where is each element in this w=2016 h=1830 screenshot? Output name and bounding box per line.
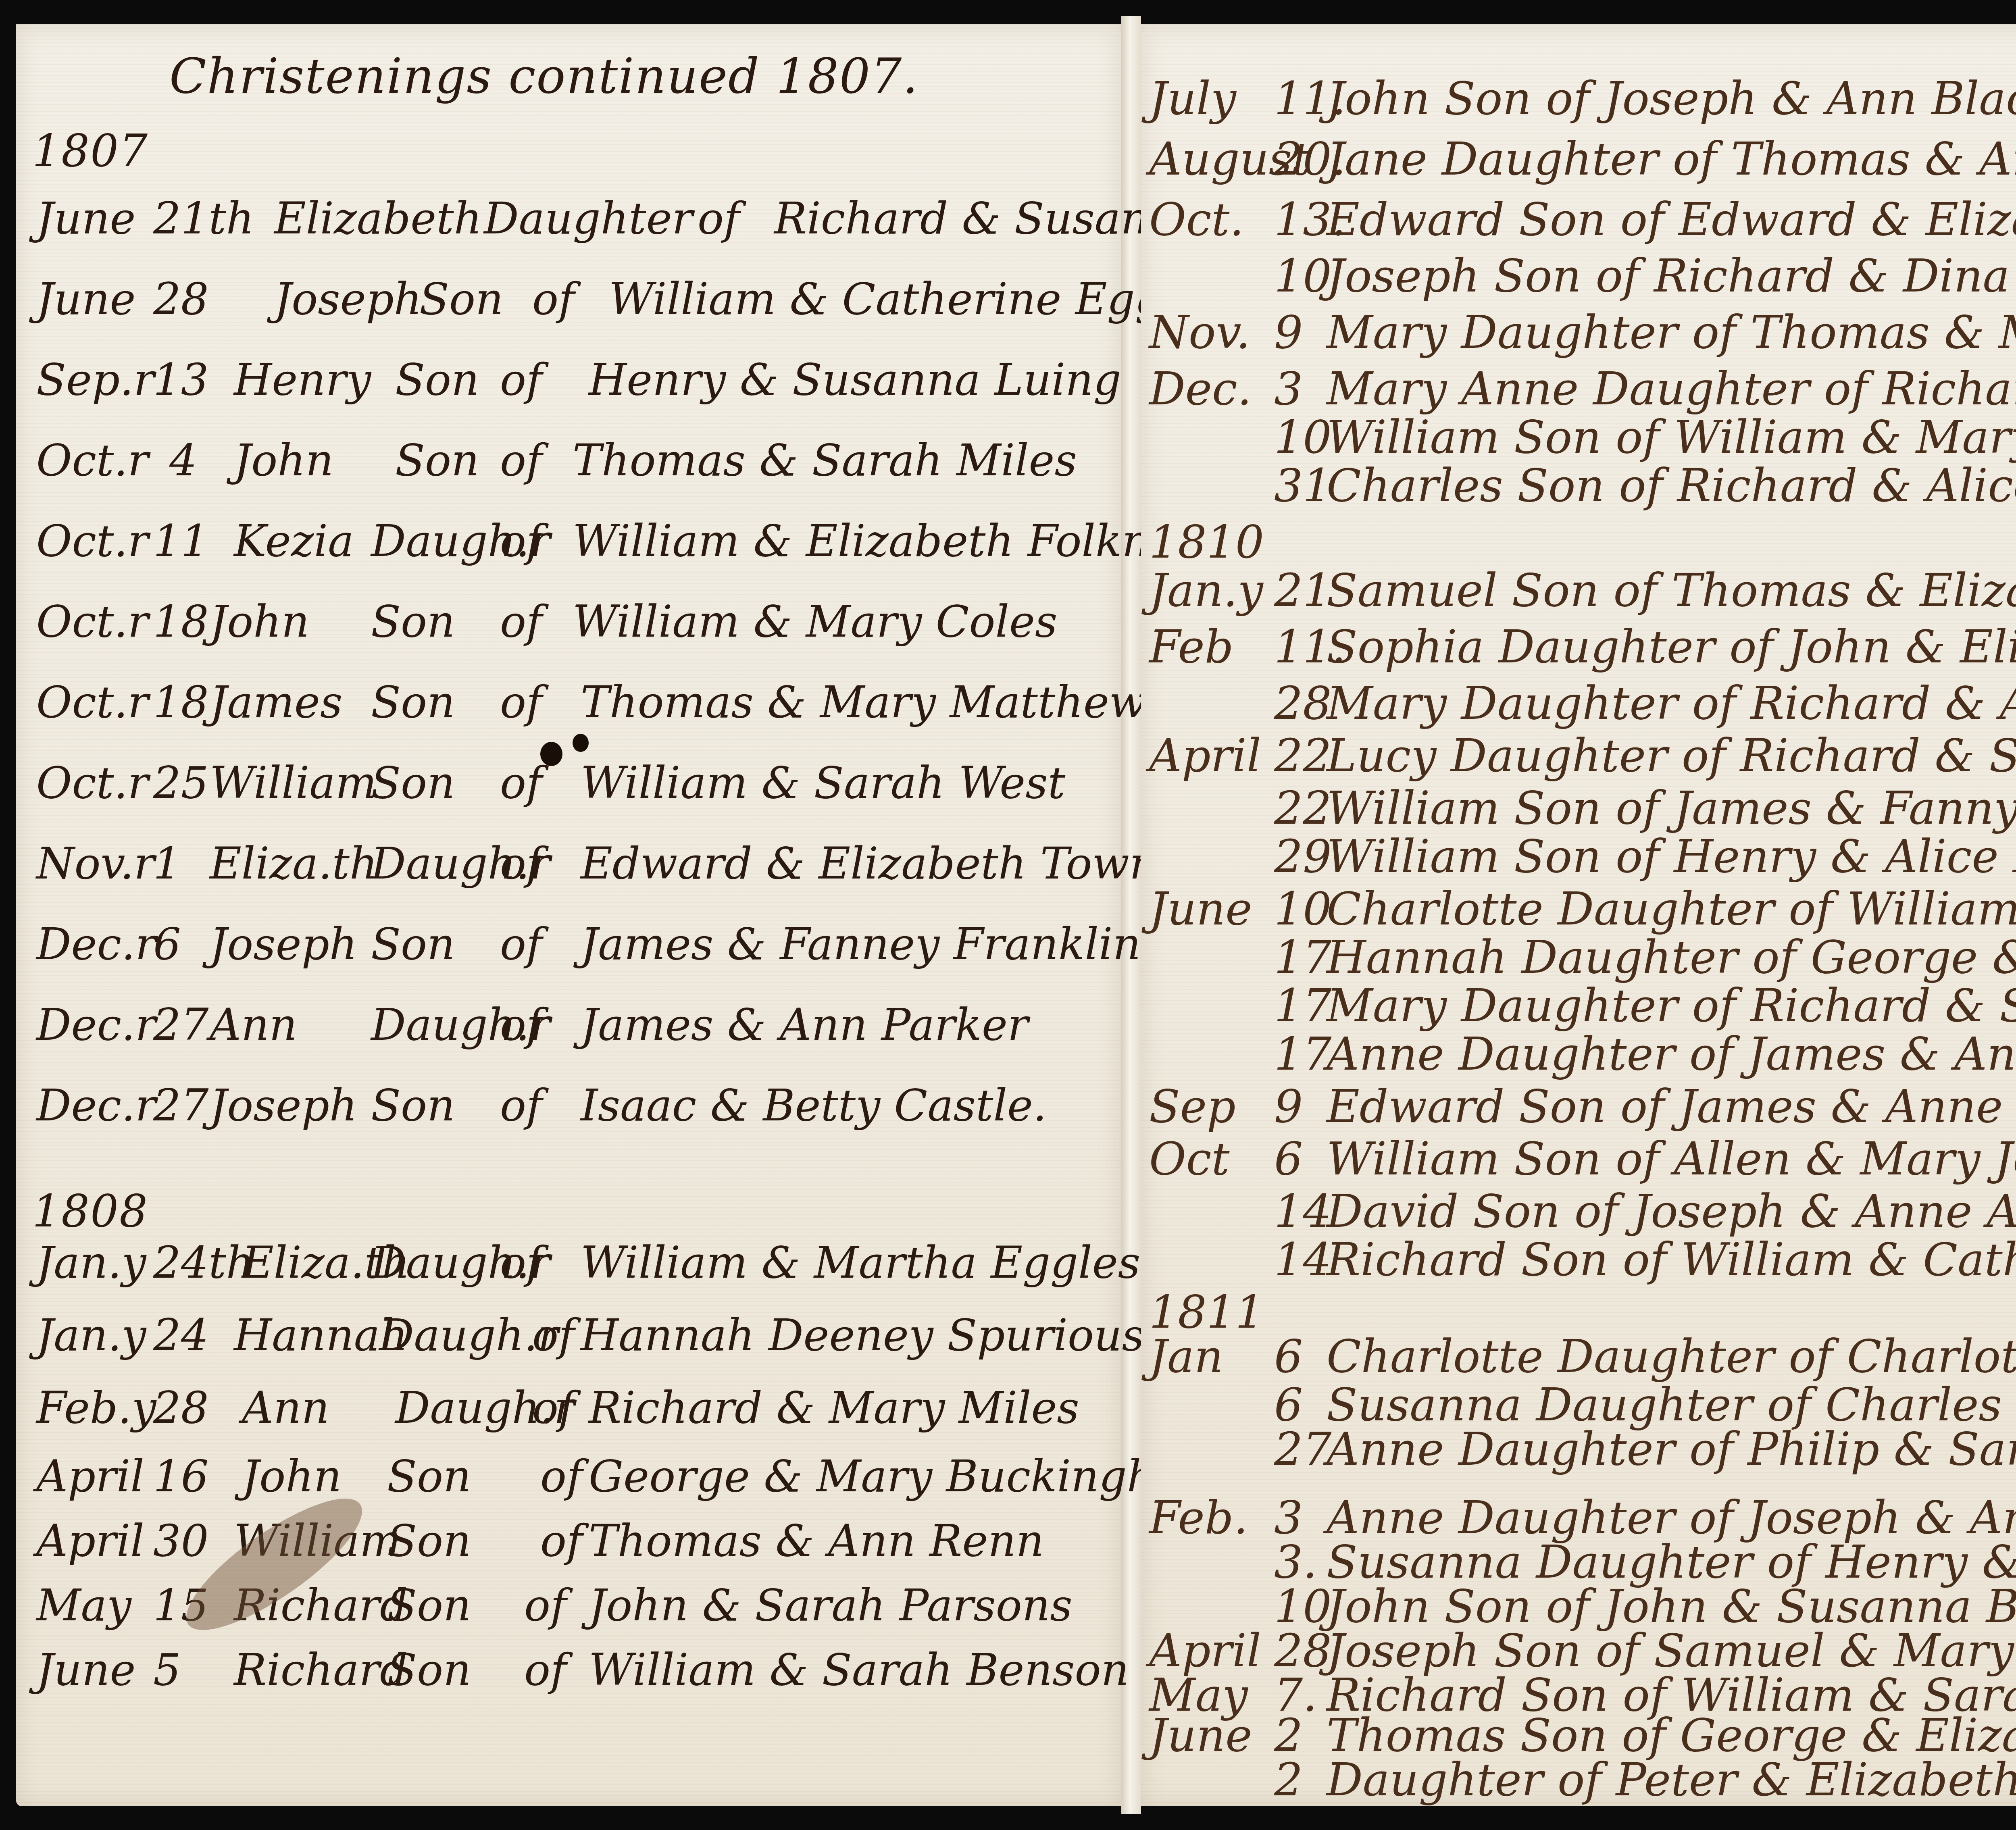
entry-relation: Daughter (484, 194, 693, 244)
entry-of: of (500, 1081, 542, 1131)
entry-day: 10 (1274, 250, 1332, 302)
entry-relation: Son (387, 1516, 471, 1566)
entry-name: John (210, 597, 309, 647)
entry-day: 9 (1274, 306, 1303, 359)
entry-relation: Son (387, 1451, 471, 1502)
entry-month: June (36, 274, 135, 325)
entry-parents: John & Sarah Parsons (589, 1580, 1073, 1631)
entry-text: Sophia Daughter of John & Elizabeth Mole… (1327, 621, 2016, 673)
entry-day: 28 (153, 274, 208, 325)
entry-day: 27 (1274, 1423, 1332, 1476)
entry-of: of (500, 435, 542, 486)
entry-month: May (36, 1580, 131, 1631)
page-heading: Christenings continued 1807. (169, 48, 919, 104)
entry-name: Ann (242, 1383, 329, 1433)
register-entry: June 28 Joseph Son of William & Catherin… (16, 274, 1121, 355)
entry-text: Anne Daughter of Philip & Sarah Nelder (1327, 1423, 2016, 1476)
entry-day: 17 (1274, 931, 1332, 984)
register-entry: Dec.r 6 Joseph Son of James & Fanney Fra… (16, 919, 1121, 1000)
entry-relation: Son (371, 1081, 455, 1131)
entry-text: Charlotte Daughter of William & Anne Egl… (1327, 883, 2016, 935)
entry-of: of (540, 1451, 583, 1502)
entry-day: 18 (153, 597, 208, 647)
entry-name: Richard (234, 1645, 408, 1695)
entry-name: John (242, 1451, 342, 1502)
entry-day: 27 (153, 1000, 208, 1050)
entry-of: of (500, 919, 542, 970)
entry-of: of (524, 1580, 566, 1631)
entry-of: of (698, 194, 740, 244)
entry-day: 30 (153, 1516, 208, 1566)
entry-relation: Son (371, 597, 455, 647)
entry-month: Feb.y (36, 1383, 156, 1433)
entry-day: 24th (153, 1238, 254, 1288)
entry-month: Dec.r (36, 1081, 156, 1131)
entry-day: 31 (1274, 460, 1332, 512)
entry-of: of (524, 1645, 566, 1695)
entry-day: 6 (1274, 1133, 1303, 1185)
entry-day: 22 (1274, 730, 1332, 782)
entry-day: 3 (1274, 363, 1303, 415)
entry-text: William Son of Henry & Alice Brock Bap (1327, 831, 2016, 883)
register-entry: June 21th Elizabeth Daughter of Richard … (16, 194, 1121, 274)
entry-day: 29 (1274, 831, 1332, 883)
entry-day: 24 (153, 1310, 208, 1361)
entry-parents: James & Fanney Franklin (581, 919, 1141, 970)
entry-text: Mary Daughter of Thomas & Mary Mathews B… (1327, 306, 2016, 359)
entry-text: Daughter of Peter & Elizabeth Gould Bap (1327, 1754, 2016, 1806)
entry-month: April (36, 1516, 144, 1566)
entry-parents: Thomas & Ann Renn (589, 1516, 1044, 1566)
entry-text: Richard Son of William & Cathandras Bake… (1327, 1234, 2016, 1286)
entry-day: 1 (153, 839, 181, 889)
entry-text: Edward Son of Edward & Elizabeth Townsen… (1327, 194, 2016, 246)
entry-text: Jane Daughter of Thomas & Anne Ren Bap (1327, 133, 2016, 185)
entry-day: 16 (153, 1451, 208, 1502)
entry-month: Oct.r (36, 516, 148, 566)
entry-day: 2 (1274, 1754, 1303, 1806)
entry-month: June (1149, 1709, 1252, 1762)
entry-month: Sep (1149, 1081, 1236, 1133)
entry-text: John Son of Joseph & Ann Blachall Bap. (1327, 73, 2016, 125)
entry-text: William Son of James & Fanny Franklin Ba… (1327, 782, 2016, 835)
entry-text: Mary Daughter of Richard & Anne Blachall… (1327, 677, 2016, 730)
entry-day: 18 (153, 677, 208, 728)
entry-of: of (500, 1000, 542, 1050)
entry-text: Charles Son of Richard & Alice Gammage B… (1327, 460, 2016, 512)
entry-of: of (500, 839, 542, 889)
entry-of: of (532, 1310, 575, 1361)
entry-name: Eliza.th (210, 839, 378, 889)
entry-text: William Son of Allen & Mary Jones Bap (1327, 1133, 2016, 1185)
entry-parents: William & Elizabeth Folkner (573, 516, 1197, 566)
entry-parents: William & Martha Egglestone (581, 1238, 1238, 1288)
right-page: 4 3. July11.John Son of Joseph & Ann Bla… (1141, 24, 2016, 1806)
entry-parents: William & Mary Coles (573, 597, 1057, 647)
entry-of: of (500, 597, 542, 647)
entry-name: Joseph (274, 274, 422, 325)
entry-month: Nov. (1149, 306, 1250, 359)
entry-month: Jan.y (36, 1238, 146, 1288)
entry-name: Elizabeth (274, 194, 482, 244)
entry-relation: Son (387, 1645, 471, 1695)
register-entry: Jan.y 24 Hannah Daugh.r of Hannah Deeney… (16, 1310, 1121, 1391)
register-entry: Dec.r 27 Ann Daugh.r of James & Ann Park… (16, 1000, 1121, 1081)
entry-text: Mary Anne Daughter of Richard & Mary Egl… (1327, 363, 2016, 415)
entry-day: 10 (1274, 883, 1332, 935)
register-entry: Nov.r 1 Eliza.th Daugh.r of Edward & Eli… (16, 839, 1121, 919)
entry-parents: James & Ann Parker (581, 1000, 1028, 1050)
entry-month: July (1149, 73, 1236, 125)
entry-name: James (210, 677, 342, 728)
entry-text: Charlotte Daughter of Charlotte & Nathan… (1327, 1330, 2016, 1383)
register-entry: Sep.r 13 Henry Son of Henry & Susanna Lu… (16, 355, 1121, 435)
entry-parents: Richard & Mary Miles (589, 1383, 1079, 1433)
entry-month: June (36, 1645, 135, 1695)
entry-day: 27 (153, 1081, 208, 1131)
entry-relation: Son (419, 274, 504, 325)
entry-name: Ann (210, 1000, 297, 1050)
entry-day: 14 (1274, 1185, 1332, 1238)
entry-month: Dec. (1149, 363, 1252, 415)
entry-parents: Hannah Deeney Spurious (581, 1310, 1144, 1361)
entry-month: Jan (1149, 1330, 1223, 1383)
register-entry: Oct.r 25 William Son of William & Sarah … (16, 758, 1121, 839)
register-entry: Dec.r 27 Joseph Son of Isaac & Betty Cas… (16, 1081, 1121, 1161)
entry-day: 17 (1274, 1028, 1332, 1081)
year-label-1807: 1807 (32, 125, 148, 177)
entry-month: Oct. (1149, 194, 1244, 246)
entry-day: 21th (153, 194, 254, 244)
entry-of: of (500, 1238, 542, 1288)
entry-name: Kezia (234, 516, 354, 566)
entry-parents: George & Mary Buckingham (589, 1451, 1222, 1502)
entry-relation: Daugh.r (379, 1310, 558, 1361)
entry-day: 6 (1274, 1330, 1303, 1383)
entry-of: of (500, 516, 542, 566)
entry-name: John (234, 435, 333, 486)
register-entry: Jan.y 24th Eliza.th Daugh.r of William &… (16, 1238, 1121, 1318)
entry-relation: Son (371, 677, 455, 728)
entry-text: Lucy Daughter of Richard & Sarah Aymill … (1327, 730, 2016, 782)
entry-parents: Thomas & Sarah Miles (573, 435, 1077, 486)
entry-day: 21 (1274, 564, 1332, 617)
entry-relation: Son (395, 355, 479, 405)
entry-month: Nov.r (36, 839, 155, 889)
entry-text: Mary Daughter of Richard & Susanna Coles (1327, 980, 2016, 1032)
entry-text: Hannah Daughter of George & Mary Bucking… (1327, 931, 2016, 984)
register-entry: Oct.r 18 James Son of Thomas & Mary Matt… (16, 677, 1121, 758)
entry-relation: Son (371, 758, 455, 808)
entry-relation: Son (395, 435, 479, 486)
entry-parents: Isaac & Betty Castle. (581, 1081, 1047, 1131)
entry-name: William (210, 758, 377, 808)
entry-relation: Son (371, 919, 455, 970)
left-page: Christenings continued 1807. 1807 June 2… (16, 24, 1121, 1806)
entry-of: of (532, 274, 575, 325)
entry-day: 14 (1274, 1234, 1332, 1286)
entry-day: 6 (153, 919, 181, 970)
entry-day: 22 (1274, 782, 1332, 835)
entry-text: Joseph Son of Richard & Dina Butler Bap (1327, 250, 2016, 302)
entry-month: April (36, 1451, 144, 1502)
entry-of: of (500, 677, 542, 728)
entry-name: Joseph (210, 1081, 357, 1131)
entry-day: 5 (153, 1645, 181, 1695)
entry-parents: William & Sarah Benson (589, 1645, 1129, 1695)
entry-name: Henry (234, 355, 371, 405)
register-entry: Oct.r 4 John Son of Thomas & Sarah Miles (16, 435, 1121, 516)
entry-text: Edward Son of James & Anne Parker Bap (1327, 1081, 2016, 1133)
entry-parents: Thomas & Mary Matthews (581, 677, 1169, 728)
entry-parents: Henry & Susanna Luing (589, 355, 1121, 405)
register-entry: June 5 Richard Son of William & Sarah Be… (16, 1645, 1121, 1726)
entry-day: 9 (1274, 1081, 1303, 1133)
entry-text: David Son of Joseph & Anne Allen Bap (1327, 1185, 2016, 1238)
entry-month: Jan.y (1149, 564, 1263, 617)
entry-day: 4 (169, 435, 197, 486)
entry-month: Oct.r (36, 435, 148, 486)
entry-day: 11 (153, 516, 208, 566)
entry-month: June (36, 194, 135, 244)
entry-text: Samuel Son of Thomas & Elizabeth Falkner… (1327, 564, 2016, 617)
entry-of: of (532, 1383, 575, 1433)
entry-day: 10 (1274, 411, 1332, 464)
register-entry: Oct.r 18 John Son of William & Mary Cole… (16, 597, 1121, 677)
entry-month: Feb. (1149, 1492, 1248, 1544)
entry-month: Dec.r (36, 1000, 156, 1050)
entry-of: of (540, 1516, 583, 1566)
entry-day: 28 (1274, 677, 1332, 730)
year-label-1808: 1808 (32, 1185, 148, 1237)
entry-month: Oct (1149, 1133, 1230, 1185)
ink-blot (573, 734, 589, 752)
entry-of: of (500, 355, 542, 405)
entry-relation: Son (387, 1580, 471, 1631)
entry-month: June (1149, 883, 1252, 935)
entry-day: 13 (153, 355, 208, 405)
entry-month: Oct.r (36, 758, 148, 808)
entry-day: 17 (1274, 980, 1332, 1032)
entry-month: Dec.r (36, 919, 156, 970)
entry-of: of (500, 758, 542, 808)
entry-month: Oct.r (36, 597, 148, 647)
entry-parents: William & Sarah West (581, 758, 1065, 808)
ink-blot (540, 742, 562, 766)
entry-day: 28 (153, 1383, 208, 1433)
entry-month: Feb (1149, 621, 1234, 673)
entry-text: Anne Daughter of James & Anne Eglestone (1327, 1028, 2016, 1081)
register-entry: Oct.r 11 Kezia Daugh.r of William & Eliz… (16, 516, 1121, 597)
entry-month: April (1149, 730, 1261, 782)
entry-name: Joseph (210, 919, 357, 970)
entry-text: William Son of William & Mary Falkner Ba… (1327, 411, 2016, 464)
entry-month: Sep.r (36, 355, 154, 405)
entry-month: Jan.y (36, 1310, 146, 1361)
entry-day: 25 (153, 758, 208, 808)
entry-month: Oct.r (36, 677, 148, 728)
